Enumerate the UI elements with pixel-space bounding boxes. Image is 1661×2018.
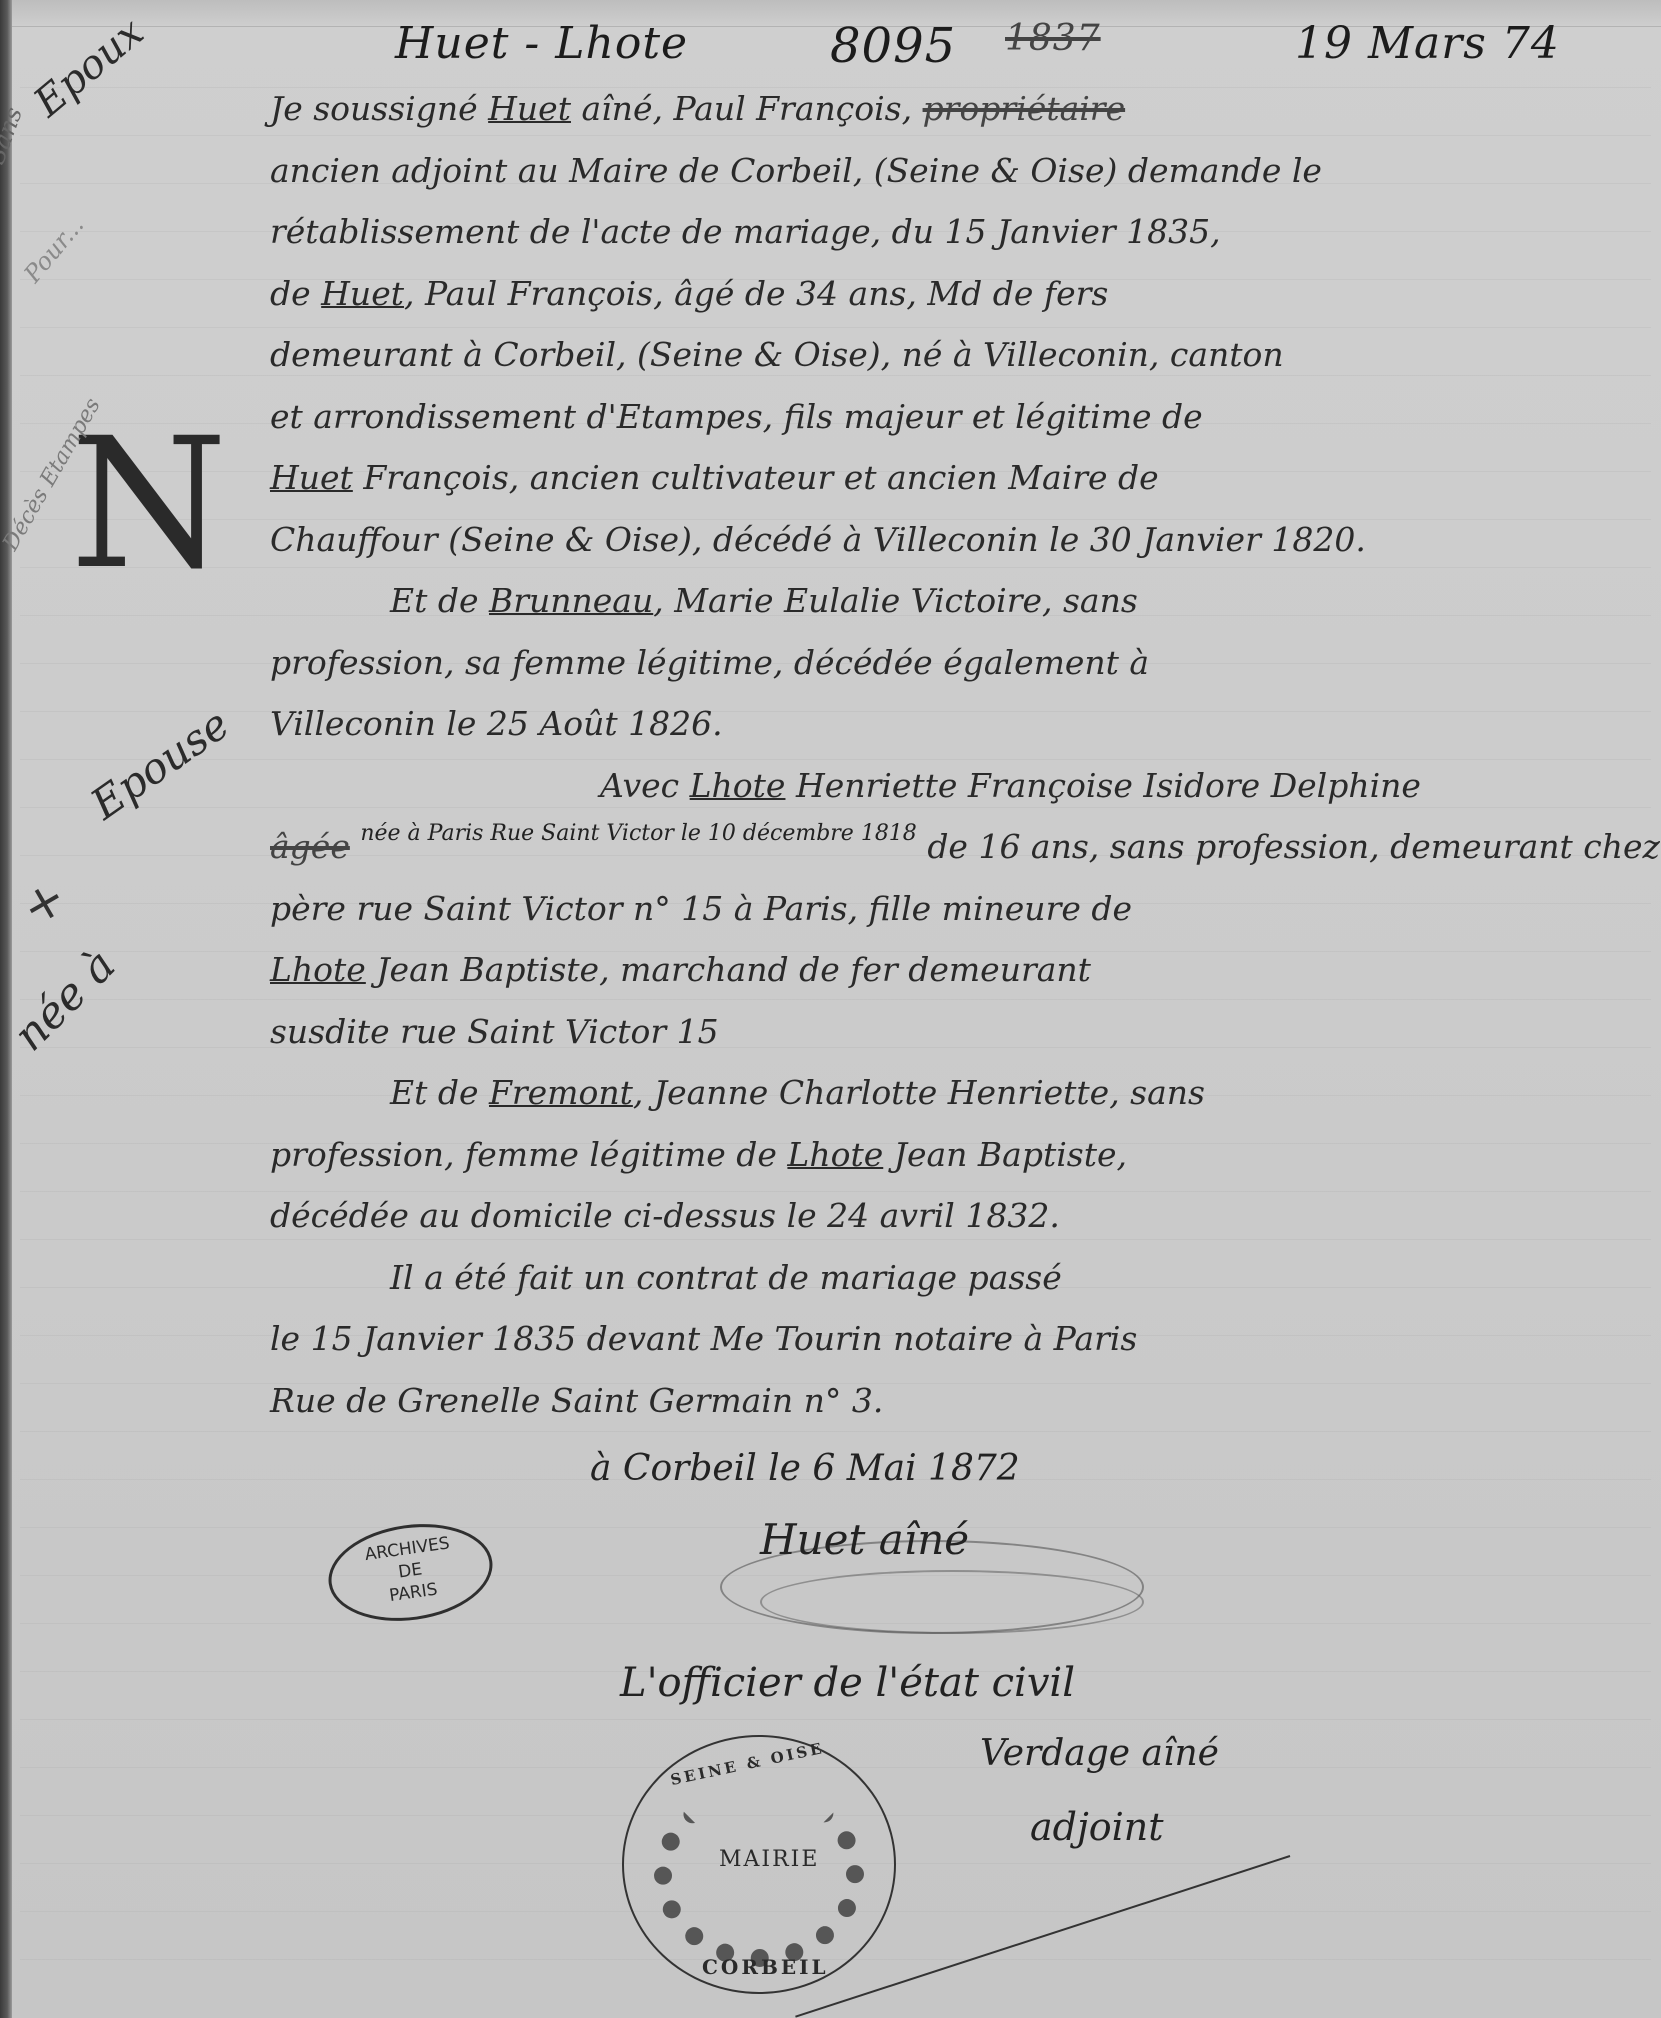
body-line-12: Avec Lhote Henriette Françoise Isidore D… (270, 755, 1610, 817)
body-line-22: Rue de Grenelle Saint Germain n° 3. (270, 1370, 1610, 1432)
body-line-8: Chauffour (Seine & Oise), décédé à Ville… (270, 509, 1610, 571)
body-line-3: rétablissement de l'acte de mariage, du … (270, 201, 1610, 263)
surname: Huet (321, 274, 404, 313)
mairie-corbeil-seal: SEINE & OISE MAIRIE CORBEIL (622, 1735, 896, 1994)
binding-edge (0, 0, 12, 2018)
officer-signature: Verdage aîné (980, 1733, 1219, 1774)
body-line-6: et arrondissement d'Etampes, fils majeur… (270, 386, 1610, 448)
header-struck-year: 1837 (1005, 18, 1101, 59)
struck-word: propriétaire (923, 89, 1126, 128)
header-record-number: 8095 (830, 18, 956, 74)
body-line-15: Lhote Jean Baptiste, marchand de fer dem… (270, 939, 1610, 1001)
surname: Fremont (489, 1073, 633, 1112)
surname: Huet (488, 89, 571, 128)
body-line-14: père rue Saint Victor n° 15 à Paris, fil… (270, 878, 1610, 940)
body-line-16: susdite rue Saint Victor 15 (270, 1001, 1610, 1063)
margin-mark-n: N (70, 400, 228, 609)
scanned-document-page: Huet - Lhote 1837 8095 19 Mars 74 Je sou… (0, 0, 1661, 2018)
header-names: Huet - Lhote (395, 18, 688, 69)
body-line-1: Je soussigné Huet aîné, Paul François, p… (270, 78, 1610, 140)
interlinear-insertion: née à Paris Rue Saint Victor le 10 décem… (360, 821, 916, 846)
declarant-signature: Huet aîné (760, 1515, 969, 1564)
body-line-18: profession, femme légitime de Lhote Jean… (270, 1124, 1610, 1186)
officer-role: adjoint (1030, 1805, 1164, 1849)
header-date: 19 Mars 74 (1295, 18, 1560, 69)
body-line-19: décédée au domicile ci-dessus le 24 avri… (270, 1185, 1610, 1247)
signature-flourish (760, 1570, 1144, 1634)
document-body: Je soussigné Huet aîné, Paul François, p… (270, 78, 1610, 1431)
body-line-10: profession, sa femme légitime, décédée é… (270, 632, 1610, 694)
surname: Lhote (270, 950, 366, 989)
surname: Huet (270, 458, 353, 497)
body-line-4: de Huet, Paul François, âgé de 34 ans, M… (270, 263, 1610, 325)
surname: Lhote (787, 1135, 883, 1174)
body-line-11: Villeconin le 25 Août 1826. (270, 693, 1610, 755)
body-line-9: Et de Brunneau, Marie Eulalie Victoire, … (270, 570, 1610, 632)
wreath-icon (654, 1782, 864, 1967)
body-line-21: le 15 Janvier 1835 devant Me Tourin nota… (270, 1308, 1610, 1370)
surname: Brunneau (489, 581, 653, 620)
body-line-13: âgée née à Paris Rue Saint Victor le 10 … (270, 816, 1610, 878)
body-line-7: Huet François, ancien cultivateur et anc… (270, 447, 1610, 509)
body-line-17: Et de Fremont, Jeanne Charlotte Henriett… (270, 1062, 1610, 1124)
struck-word: âgée (270, 827, 350, 866)
officer-title: L'officier de l'état civil (620, 1660, 1075, 1706)
body-line-20: Il a été fait un contrat de mariage pass… (270, 1247, 1610, 1309)
surname: Lhote (690, 766, 786, 805)
body-line-5: demeurant à Corbeil, (Seine & Oise), né … (270, 324, 1610, 386)
place-and-date: à Corbeil le 6 Mai 1872 (590, 1448, 1020, 1489)
body-line-2: ancien adjoint au Maire de Corbeil, (Sei… (270, 140, 1610, 202)
